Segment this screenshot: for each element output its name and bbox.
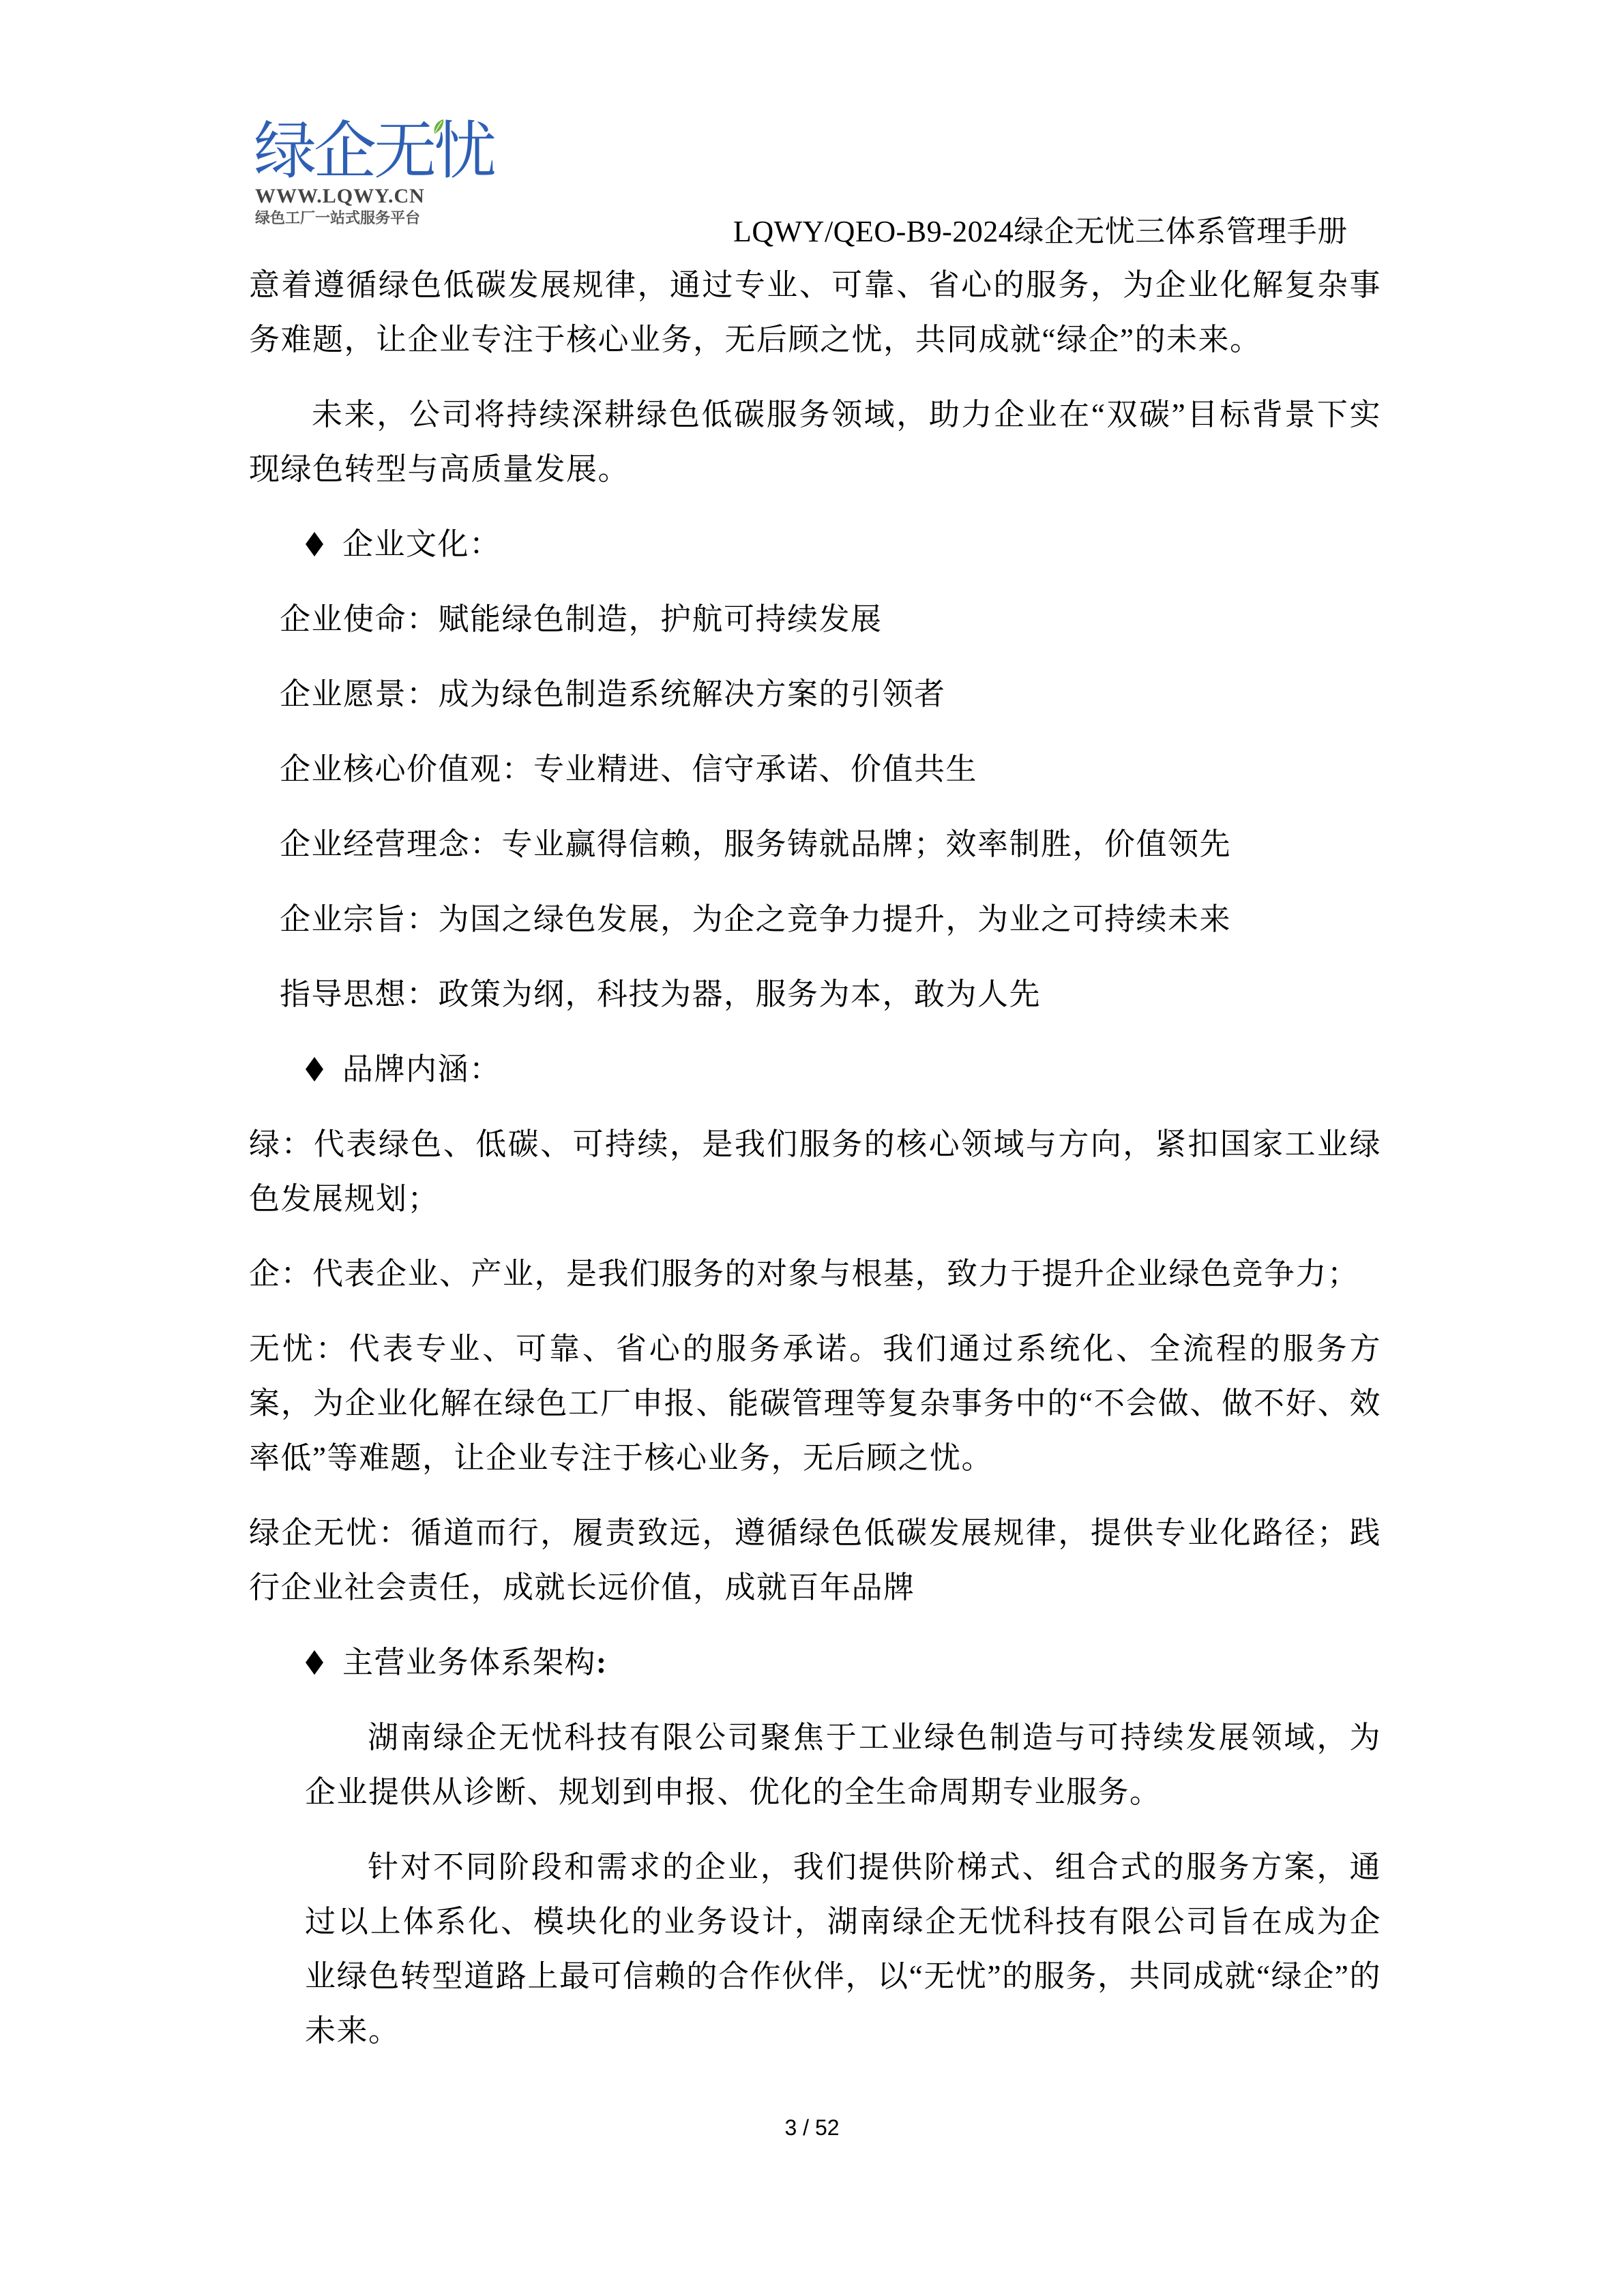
- business-heading: 主营业务体系架构:: [249, 1635, 1381, 1690]
- brand-item-wuyou: 无忧：代表专业、可靠、省心的服务承诺。我们通过系统化、全流程的服务方案，为企业化…: [249, 1322, 1381, 1485]
- brand-item-lvqiwuyou: 绿企无忧：循道而行，履责致远，遵循绿色低碳发展规律，提供专业化路径；践行企业社会…: [249, 1506, 1381, 1615]
- diamond-bullet-icon: [306, 1650, 323, 1675]
- business-paragraph-1: 湖南绿企无忧科技有限公司聚焦于工业绿色制造与可持续发展领域，为企业提供从诊断、规…: [305, 1710, 1381, 1819]
- future-paragraph: 未来，公司将持续深耕绿色低碳服务领域，助力企业在“双碳”目标背景下实现绿色转型与…: [249, 387, 1381, 496]
- company-logo: 绿企无忧 WWW.LQWY.CN 绿色工厂一站式服务平台: [254, 117, 458, 240]
- culture-item-values: 企业核心价值观：专业精进、信守承诺、价值共生: [249, 742, 1381, 796]
- page-content: 意着遵循绿色低碳发展规律，通过专业、可靠、省心的服务，为企业化解复杂事务难题，让…: [249, 258, 1381, 2058]
- logo-url-text: WWW.LQWY.CN: [255, 185, 425, 207]
- diamond-bullet-icon: [306, 532, 323, 556]
- business-heading-colon: :: [596, 1635, 608, 1690]
- culture-item-mission: 企业使命：赋能绿色制造，护航可持续发展: [249, 592, 1381, 646]
- business-paragraph-2: 针对不同阶段和需求的企业，我们提供阶梯式、组合式的服务方案，通过以上体系化、模块…: [305, 1840, 1381, 2058]
- logo-slogan: 绿色工厂一站式服务平台: [255, 210, 420, 228]
- culture-heading-text: 企业文化：: [342, 517, 501, 571]
- logo-brand-text: 绿企无忧: [254, 117, 494, 185]
- business-heading-text: 主营业务体系架构: [342, 1635, 596, 1690]
- brand-heading: 品牌内涵：: [249, 1042, 1381, 1097]
- continuation-paragraph: 意着遵循绿色低碳发展规律，通过专业、可靠、省心的服务，为企业化解复杂事务难题，让…: [249, 258, 1381, 367]
- culture-item-purpose: 企业宗旨：为国之绿色发展，为企之竞争力提升，为业之可持续未来: [249, 892, 1381, 946]
- document-header-title: LQWY/QEO-B9-2024绿企无忧三体系管理手册: [733, 213, 1348, 251]
- brand-heading-text: 品牌内涵：: [342, 1042, 501, 1097]
- business-section: 湖南绿企无忧科技有限公司聚焦于工业绿色制造与可持续发展领域，为企业提供从诊断、规…: [249, 1710, 1381, 2058]
- brand-item-qi: 企：代表企业、产业，是我们服务的对象与根基，致力于提升企业绿色竞争力；: [249, 1247, 1381, 1301]
- culture-item-guiding-thought: 指导思想：政策为纲，科技为器，服务为本，敢为人先: [249, 967, 1381, 1022]
- leaf-icon: [432, 119, 445, 135]
- diamond-bullet-icon: [306, 1057, 323, 1082]
- culture-item-philosophy: 企业经营理念：专业赢得信赖，服务铸就品牌；效率制胜，价值领先: [249, 817, 1381, 871]
- culture-heading: 企业文化：: [249, 517, 1381, 571]
- culture-item-vision: 企业愿景：成为绿色制造系统解决方案的引领者: [249, 667, 1381, 721]
- document-page: 绿企无忧 WWW.LQWY.CN 绿色工厂一站式服务平台 LQWY/QEO-B9…: [0, 0, 1624, 2296]
- page-number: 3 / 52: [0, 2114, 1624, 2141]
- brand-item-lv: 绿：代表绿色、低碳、可持续，是我们服务的核心领域与方向，紧扣国家工业绿色发展规划…: [249, 1117, 1381, 1226]
